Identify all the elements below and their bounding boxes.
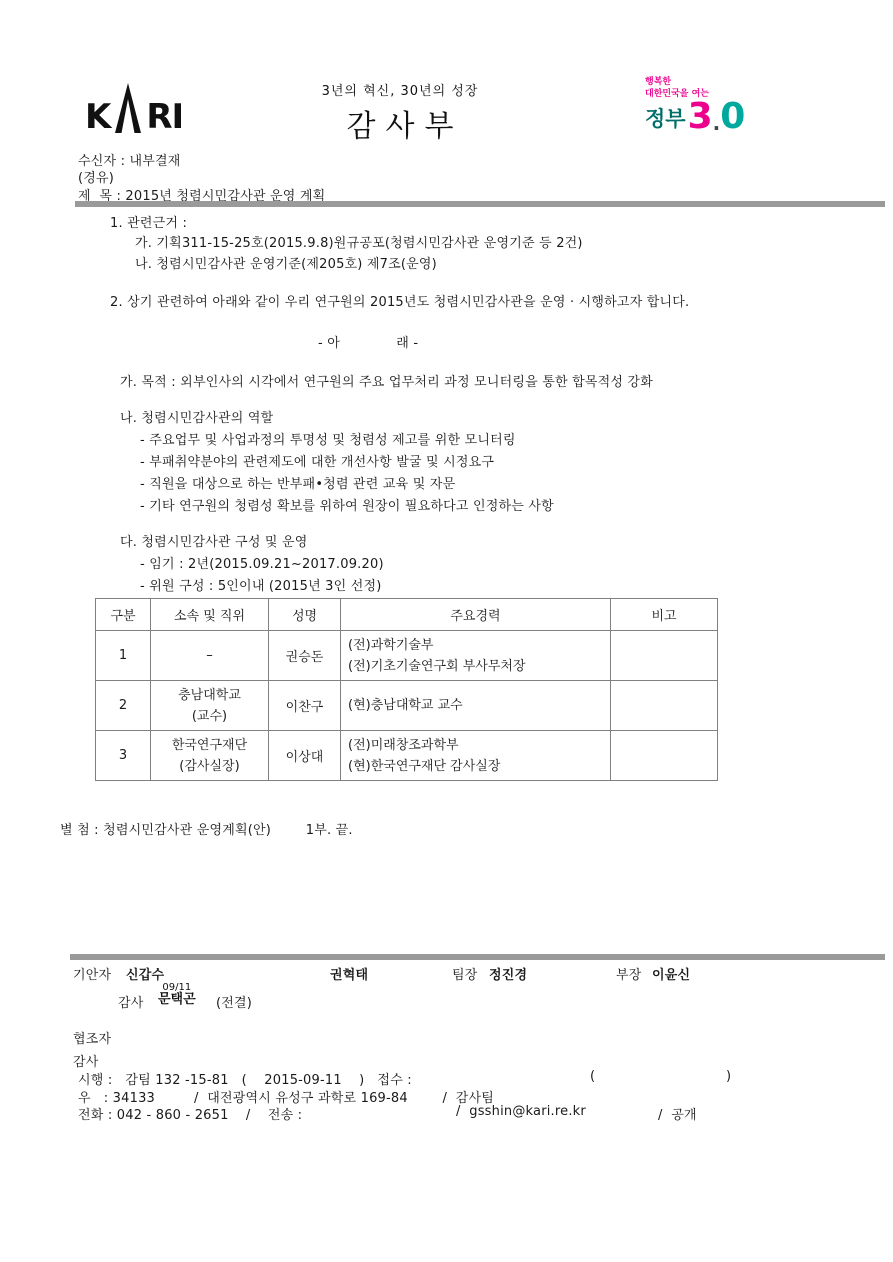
auditor-sign-block: 09/11 문택곤 [158,982,196,1007]
kari-logo-ri: RI [146,100,183,134]
cell-name: 권승돈 [269,631,341,681]
cell-note [611,631,718,681]
cell-career: (전)미래창조과학부 (현)한국연구재단 감사실장 [341,731,611,781]
cell-name: 이찬구 [269,681,341,731]
col-header-career: 주요경력 [341,599,611,631]
reviewer-name: 권혁태 [330,964,368,983]
role-item: - 직원을 대상으로 하는 반부패•청렴 관련 교육 및 자문 [140,473,455,492]
affiliation-line: 한국연구재단 [151,735,268,756]
career-line: (전)기초기술연구회 부사무처장 [348,656,610,677]
top-divider [75,201,885,207]
affiliation-line: (감사실장) [151,756,268,777]
director-label: 부장 [616,964,642,983]
col-header-note: 비고 [611,599,718,631]
composition-item: - 위원 구성 : 5인이내 (2015년 3인 선정) [140,575,382,594]
department-title: 감사부 [250,101,550,145]
cell-note [611,731,718,781]
composition-item: - 임기 : 2년(2015.09.21~2017.09.20) [140,553,384,572]
cell-name: 이상대 [269,731,341,781]
affiliation-line: – [151,645,268,666]
table-header-row: 구분 소속 및 직위 성명 주요경력 비고 [96,599,718,631]
cell-affiliation: 충남대학교 (교수) [151,681,269,731]
cell-no: 1 [96,631,151,681]
career-line: (전)미래창조과학부 [348,735,610,756]
gov30-zero: 0 [720,102,745,133]
approval-divider [70,954,885,960]
drafter-label: 기안자 [73,964,111,983]
affiliation-line: 충남대학교 [151,685,268,706]
disclosure-text: / 공개 [658,1104,697,1123]
table-row: 3 한국연구재단 (감사실장) 이상대 (전)미래창조과학부 (현)한국연구재단… [96,731,718,781]
cell-no: 3 [96,731,151,781]
table-row: 1 – 권승돈 (전)과학기술부 (전)기초기술연구회 부사무처장 [96,631,718,681]
header-slogan: 3년의 혁신, 30년의 성장 [250,80,550,99]
below-marker: - 아 래 - [318,332,418,351]
auditor-label: 감사 [118,992,144,1011]
col-header-gubun: 구분 [96,599,151,631]
col-header-affiliation: 소속 및 직위 [151,599,269,631]
audit-label: 감사 [73,1051,99,1070]
role-title: 나. 청렴시민감사관의 역할 [120,407,273,426]
cell-affiliation: 한국연구재단 (감사실장) [151,731,269,781]
basis-item-b: 나. 청렴시민감사관 운영기준(제205호) 제7조(운영) [135,253,437,272]
basis-title: 1. 관련근거 : [110,212,187,231]
email-text: / gsshin@kari.re.kr [456,1104,586,1119]
request-line: 2. 상기 관련하여 아래와 같이 우리 연구원의 2015년도 청렴시민감사관… [110,291,689,310]
team-leader-name: 정진경 [489,964,527,983]
career-line: (현)한국연구재단 감사실장 [348,756,610,777]
table-row: 2 충남대학교 (교수) 이찬구 (현)충남대학교 교수 [96,681,718,731]
auditor-row: 감사 09/11 문택곤 (전결) [0,982,400,1012]
cell-career: (전)과학기술부 (전)기초기술연구회 부사무처장 [341,631,611,681]
auditor-note: (전결) [216,992,252,1011]
gov30-logo: 행복한 대한민국을 여는 정부 3 . 0 [645,76,765,133]
composition-title: 다. 청렴시민감사관 구성 및 운영 [120,531,308,550]
gov30-three: 3 [688,102,713,133]
role-item: - 기타 연구원의 청렴성 확보를 위하여 원장이 필요하다고 인정하는 사항 [140,495,554,514]
enforcement-text: 시행 : 감팀 132 -15-81 ( 2015-09-11 ) 접수 : [78,1069,412,1088]
enforcement-line: 시행 : 감팀 132 -15-81 ( 2015-09-11 ) 접수 : (… [78,1069,868,1085]
purpose-line: 가. 목적 : 외부인사의 시각에서 연구원의 주요 업무처리 과정 모니터링을… [120,371,653,390]
career-line: (현)충남대학교 교수 [348,695,610,716]
document-page: K RI 3년의 혁신, 30년의 성장 감사부 행복한 대한민국을 여는 정부… [0,0,893,1262]
cell-career: (현)충남대학교 교수 [341,681,611,731]
gov30-dot: . [713,113,721,133]
auditor-name: 문택곤 [158,993,196,1007]
cell-no: 2 [96,681,151,731]
cell-note [611,681,718,731]
via-line: (경유) [78,167,114,186]
phone-text: 전화 : 042 - 860 - 2651 / 전송 : [78,1104,302,1123]
team-leader-label: 팀장 [452,964,478,983]
director-name: 이윤신 [652,964,690,983]
col-header-name: 성명 [269,599,341,631]
members-table: 구분 소속 및 직위 성명 주요경력 비고 1 – 권승돈 (전)과학기술부 (… [95,598,718,781]
career-line: (전)과학기술부 [348,635,610,656]
role-item: - 주요업무 및 사업과정의 투명성 및 청렴성 제고를 위한 모니터링 [140,429,516,448]
basis-item-a: 가. 기획311-15-25호(2015.9.8)원규공포(청렴시민감사관 운영… [135,232,583,251]
drafter-name: 신갑수 [126,964,164,983]
attachment-line: 별 첨 : 청렴시민감사관 운영계획(안) 1부. 끝. [60,819,353,838]
role-item: - 부패취약분야의 관련제도에 대한 개선사항 발굴 및 시정요구 [140,451,494,470]
phone-line: 전화 : 042 - 860 - 2651 / 전송 : / gsshin@ka… [78,1104,868,1120]
kari-logo-k: K [85,100,110,134]
gov30-tagline-1: 행복한 [645,76,765,88]
enforcement-paren-open: ( [590,1069,595,1084]
enforcement-paren-close: ) [726,1069,731,1084]
kari-rocket-icon [110,82,146,134]
gov30-jeongbu: 정부 [645,109,686,133]
cooperator-label: 협조자 [73,1028,111,1047]
cell-affiliation: – [151,631,269,681]
kari-logo: K RI [85,82,183,134]
affiliation-line: (교수) [151,706,268,727]
